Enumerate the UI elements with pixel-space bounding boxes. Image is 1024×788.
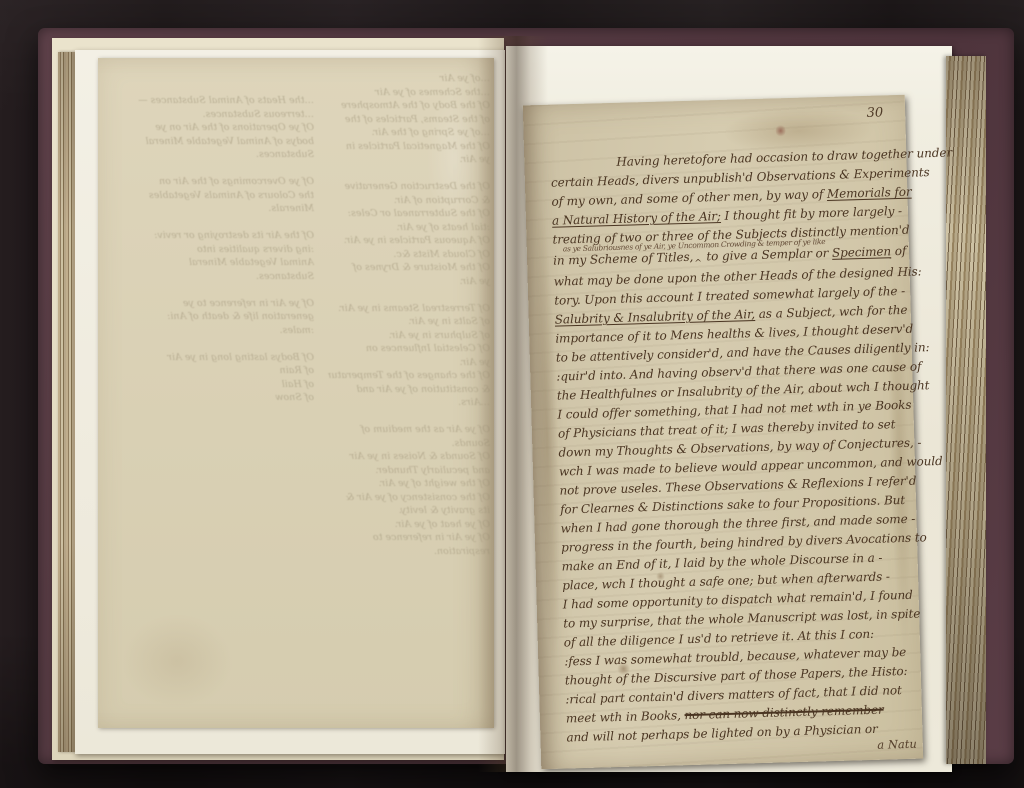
- photo-open-manuscript-book: …the Heats of Animal Substances —…terreo…: [0, 0, 1024, 788]
- showthrough-line: ye Air.: [328, 275, 490, 289]
- showthrough-line: ye Air.: [328, 153, 490, 167]
- left-page-showthrough: …the Heats of Animal Substances —…terreo…: [98, 58, 494, 728]
- text-segment: ^: [694, 259, 702, 269]
- showthrough-line: [128, 283, 314, 297]
- showthrough-line: Of the Moisture & Drynes of: [328, 261, 490, 275]
- showthrough-line: of Rain: [128, 364, 314, 378]
- showthrough-line: Of Celestial Influences on: [328, 342, 490, 356]
- showthrough-line: …the Schemes of ye Air: [328, 86, 490, 100]
- showthrough-line: Minerals.: [128, 202, 314, 216]
- showthrough-line: Of the Air its destroying or reviv:: [128, 229, 314, 243]
- showthrough-line: Of the consistency of ye Air &: [328, 491, 490, 505]
- showthrough-line: Of the Body of the Atmosphere: [328, 99, 490, 113]
- showthrough-line: Substances.: [128, 270, 314, 284]
- showthrough-line: the Colours of Animals Vegetables: [128, 189, 314, 203]
- showthrough-line: Of the changes of the Temperature: [328, 369, 490, 383]
- showthrough-line: Substances.: [128, 148, 314, 162]
- showthrough-column-inner: …of ye Air…the Schemes of ye AirOf the B…: [328, 72, 490, 558]
- showthrough-line: [328, 167, 490, 181]
- text-segment: Salubrity & Insalubrity of the Air,: [555, 307, 756, 327]
- showthrough-line: [328, 410, 490, 424]
- showthrough-line: generation life & death of Ani:: [128, 310, 314, 324]
- showthrough-line: of Hail: [128, 378, 314, 392]
- showthrough-line: [128, 216, 314, 230]
- showthrough-line: Of Terrestreal Steams in ye Air.: [328, 302, 490, 316]
- text-segment: I thought fit by more largely -: [721, 204, 902, 223]
- text-segment: a Natural History of the Air;: [552, 209, 721, 228]
- manuscript-page: 30 Having heretofore had occasion to dra…: [523, 95, 923, 769]
- text-segment: of: [891, 244, 907, 258]
- showthrough-line: …the Heats of Animal Substances —: [128, 94, 314, 108]
- torn-page-stub: [58, 52, 75, 752]
- showthrough-line: of Sulphurs in ye Air.: [328, 329, 490, 343]
- showthrough-line: Of the Destruction Generative: [328, 180, 490, 194]
- showthrough-line: and peculiarly Thunder.: [328, 464, 490, 478]
- showthrough-line: :ing divers qualities into: [128, 243, 314, 257]
- showthrough-line: Of ye Operations of the Air on ye: [128, 121, 314, 135]
- showthrough-line: & constitution of ye Air and: [328, 383, 490, 397]
- showthrough-line: Of ye heat of ye Air.: [328, 518, 490, 532]
- showthrough-line: Of Bodys lasting long in ye Air: [128, 351, 314, 365]
- showthrough-line: [128, 337, 314, 351]
- catchword: a Natu: [877, 737, 917, 752]
- showthrough-line: …of ye Air: [328, 72, 490, 86]
- showthrough-line: Of ye Air in reference to: [328, 531, 490, 545]
- showthrough-line: …terreous Substances.: [128, 108, 314, 122]
- showthrough-line: of the Steams, Particles of the: [328, 113, 490, 127]
- text-segment: Memorials for: [827, 185, 912, 201]
- showthrough-line: ye Air.: [328, 356, 490, 370]
- text-segment: as a Subject, wch for the: [755, 303, 908, 321]
- showthrough-line: …of ye Spring of the Air.: [328, 126, 490, 140]
- showthrough-line: respiration.: [328, 545, 490, 559]
- showthrough-line: Of the weight of ye Air.: [328, 477, 490, 491]
- showthrough-column-outer: …the Heats of Animal Substances —…terreo…: [128, 94, 314, 405]
- manuscript-text-block: Having heretofore had occasion to draw t…: [550, 145, 918, 748]
- showthrough-line: [128, 162, 314, 176]
- showthrough-line: Of ye Overcomings of the Air on: [128, 175, 314, 189]
- showthrough-line: Of Sounds & Noises in ye Air: [328, 450, 490, 464]
- showthrough-line: of Snow: [128, 391, 314, 405]
- text-segment: Specimen: [832, 244, 891, 260]
- showthrough-line: Of ye Air in reference to ye: [128, 297, 314, 311]
- showthrough-line: …Airs.: [328, 396, 490, 410]
- showthrough-line: of Salts in ye Air.: [328, 315, 490, 329]
- showthrough-line: its gravity & levity.: [328, 504, 490, 518]
- showthrough-line: :tial heats of ye Air.: [328, 221, 490, 235]
- showthrough-line: Of ye Air as the medium of: [328, 423, 490, 437]
- showthrough-line: Of Clouds Mists &c.: [328, 248, 490, 262]
- showthrough-line: :males.: [128, 324, 314, 338]
- text-segment: nor can now distinctly remember: [684, 703, 883, 723]
- page-number: 30: [866, 105, 883, 120]
- showthrough-line: Of the Magnetical Particles in: [328, 140, 490, 154]
- ink-stain: [775, 124, 785, 137]
- text-segment: meet wth in Books,: [566, 708, 685, 725]
- showthrough-line: bodys of Animal Vegetable Mineral: [128, 135, 314, 149]
- showthrough-line: Of the Subterraneal or Celes:: [328, 207, 490, 221]
- showthrough-line: Animal Vegetable Mineral: [128, 256, 314, 270]
- showthrough-line: & Corruption of Air.: [328, 194, 490, 208]
- showthrough-line: [328, 288, 490, 302]
- showthrough-line: Of Aqueous Particles in ye Air.: [328, 234, 490, 248]
- showthrough-line: Sounds.: [328, 437, 490, 451]
